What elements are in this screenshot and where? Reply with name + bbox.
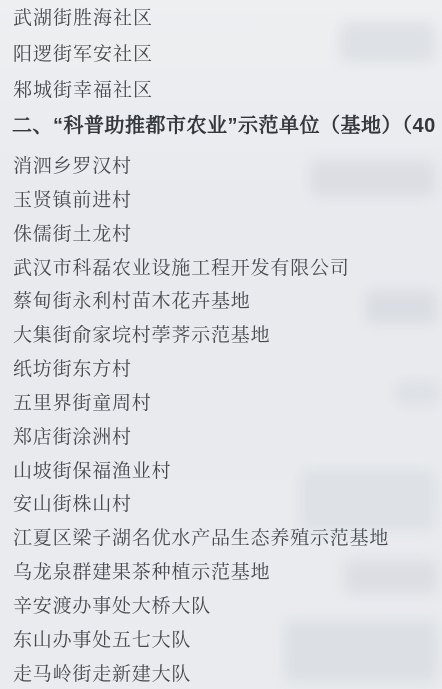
list-item: 武湖街胜海社区 [13, 1, 434, 37]
list-item: 山坡街保福渔业村 [13, 455, 440, 489]
list-item: 纸坊街东方村 [13, 353, 440, 387]
list-item: 安山街株山村 [13, 488, 440, 522]
list-item: 东山办事处五七大队 [13, 624, 440, 658]
list-item: 蔡甸街永利村苗木花卉基地 [13, 285, 440, 319]
list-item: 侏儒街土龙村 [13, 218, 440, 252]
list-item: 江夏区梁子湖名优水产品生态养殖示范基地 [13, 522, 440, 556]
list-item: 郑店街涂洲村 [13, 421, 440, 455]
intro-list: 武湖街胜海社区 阳逻街军安社区 邾城街幸福社区 [13, 1, 434, 109]
items-list: 消泗乡罗汉村 玉贤镇前进村 侏儒街土龙村 武汉市科磊农业设施工程开发有限公司 蔡… [13, 150, 440, 689]
list-item: 五里界街童周村 [13, 387, 440, 421]
list-item: 武汉市科磊农业设施工程开发有限公司 [13, 252, 440, 286]
list-item: 乌龙泉群建果茶种植示范基地 [13, 556, 440, 590]
list-item: 玉贤镇前进村 [13, 184, 440, 218]
list-item: 辛安渡办事处大桥大队 [13, 590, 440, 624]
list-item: 走马岭街走新建大队 [13, 658, 440, 689]
list-item: 阳逻街军安社区 [13, 37, 434, 73]
scanned-document-page: 武湖街胜海社区 阳逻街军安社区 邾城街幸福社区 二、“科普助推都市农业”示范单位… [0, 0, 442, 689]
list-item: 大集街俞家垸村荸荠示范基地 [13, 319, 440, 353]
list-item: 邾城街幸福社区 [13, 73, 434, 109]
list-item: 消泗乡罗汉村 [13, 150, 440, 184]
section-heading: 二、“科普助推都市农业”示范单位（基地）（40 个） [12, 112, 440, 140]
